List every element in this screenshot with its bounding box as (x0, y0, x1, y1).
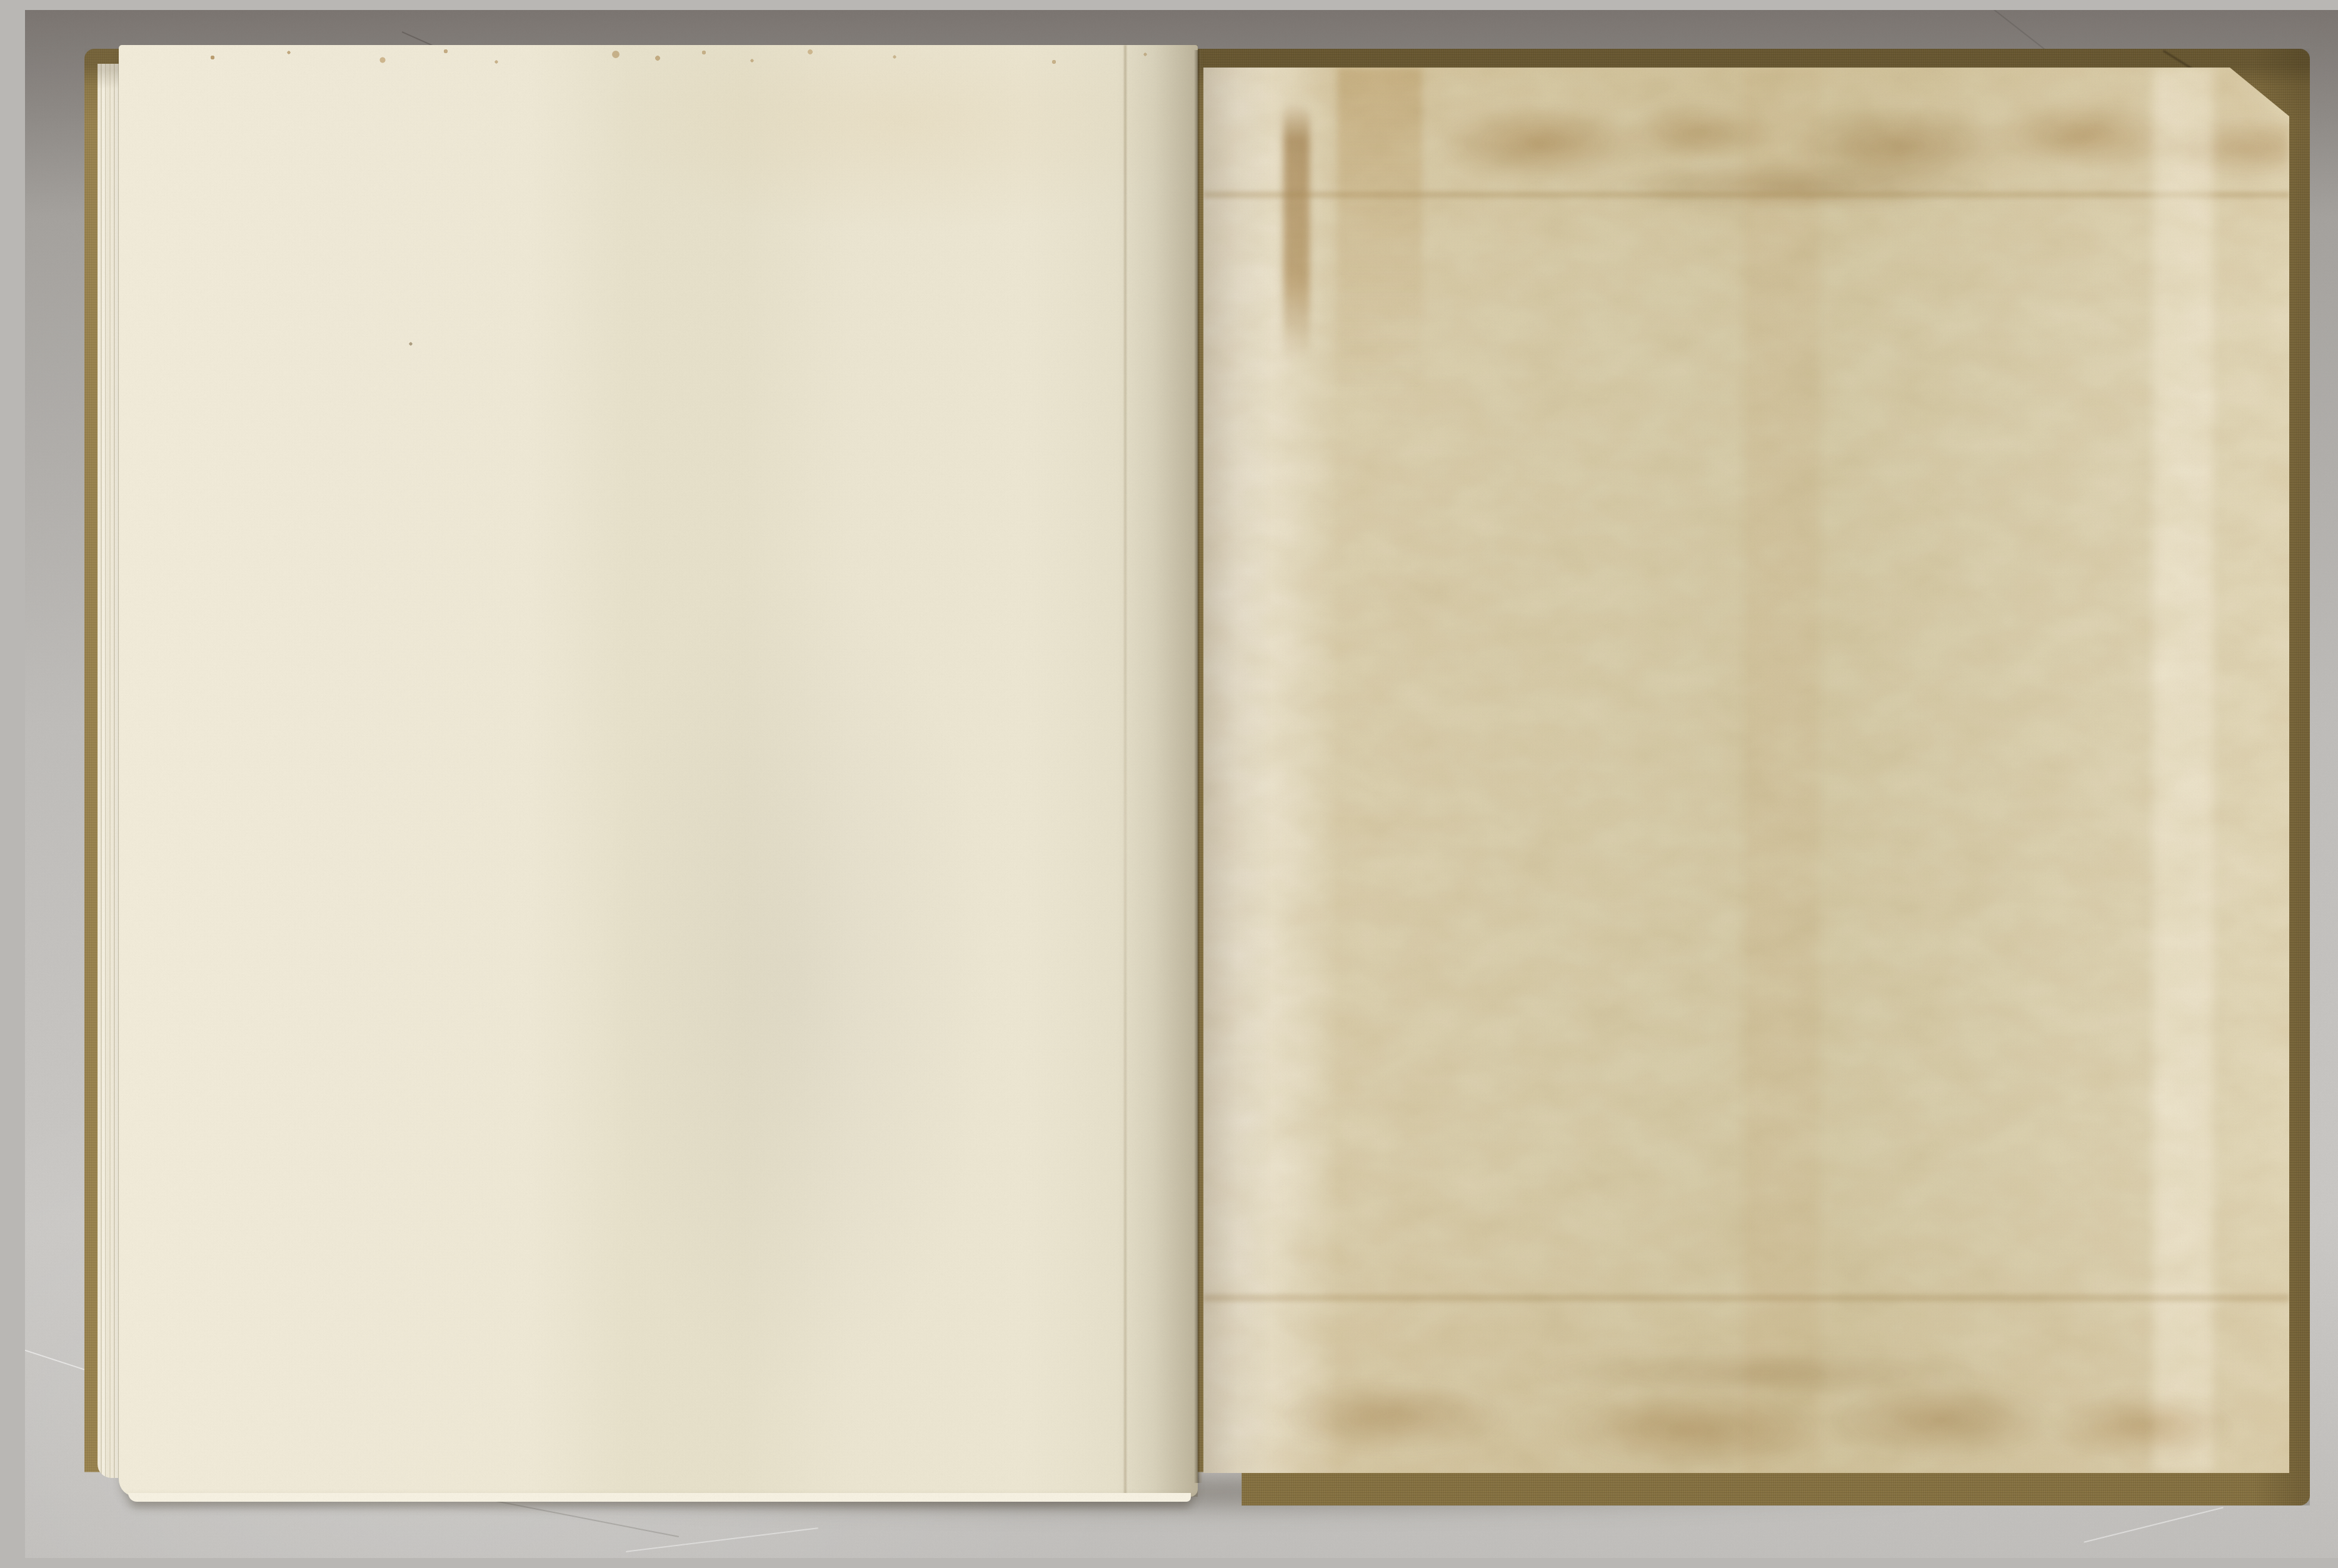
left-page-gutter-shadow (1116, 45, 1198, 1497)
right-page-mottle-texture (1203, 68, 2289, 1473)
left-page-under-edge (128, 1493, 1191, 1502)
left-page-foxing-specks (119, 45, 1198, 1497)
right-page (1203, 68, 2289, 1473)
gutter-crease (1194, 50, 1203, 1483)
left-page (119, 45, 1198, 1497)
book-photo (25, 10, 2338, 1558)
page-stack-edges (98, 64, 121, 1478)
